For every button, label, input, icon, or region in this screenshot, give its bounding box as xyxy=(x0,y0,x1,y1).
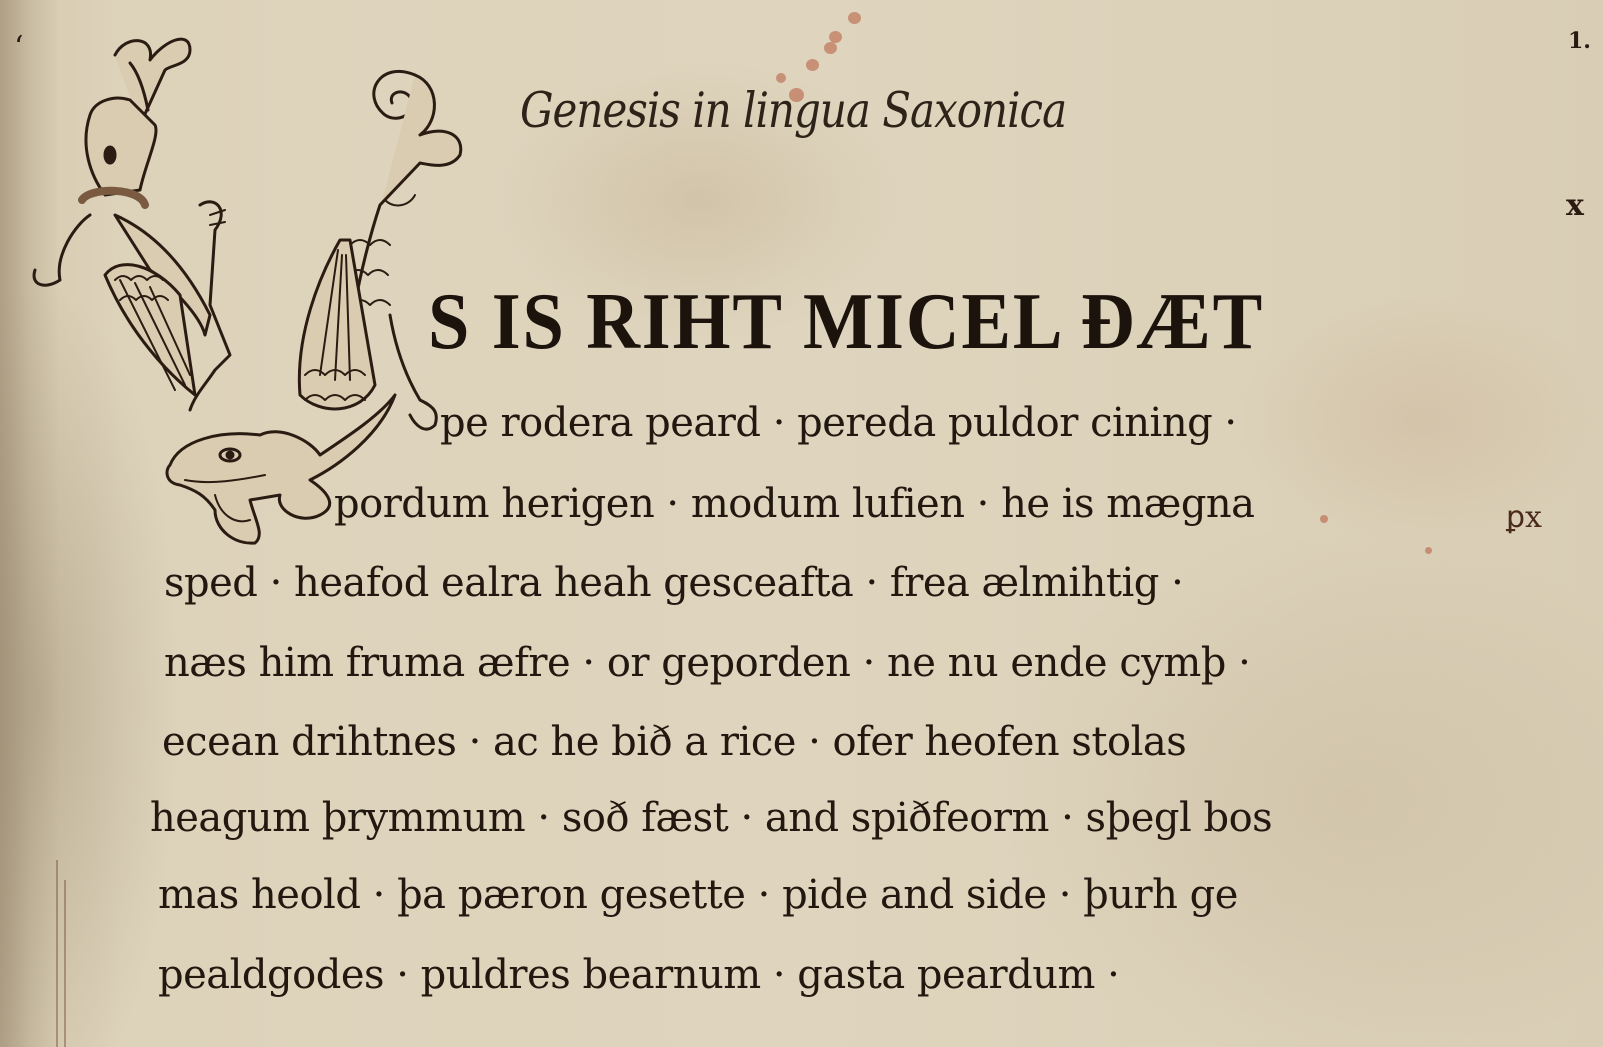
folio-number: 1. xyxy=(1568,28,1591,54)
red-ink-blot xyxy=(848,12,861,24)
manuscript-page: 1. x ꝑx ‘ Genesis in lingua Saxonica xyxy=(0,0,1603,1047)
red-ink-blot xyxy=(1320,515,1328,523)
red-ink-blot xyxy=(1425,547,1432,554)
ruling-line xyxy=(64,880,66,1047)
manuscript-heading: Genesis in lingua Saxonica xyxy=(520,82,1066,138)
text-line-8: pealdgodes · puldres bearnum · gasta pea… xyxy=(158,955,1119,995)
red-ink-blot xyxy=(824,42,837,54)
text-line-2: pordum herigen · modum lufien · he is mæ… xyxy=(334,484,1255,524)
zoomorphic-initial-icon xyxy=(20,15,470,545)
marginal-mark: x xyxy=(1566,188,1584,223)
incipit-capitals: S IS RIHT MICEL ÐÆT xyxy=(428,282,1264,362)
text-line-5: ecean drihtnes · ac he bið a rice · ofer… xyxy=(162,722,1186,762)
text-line-4: næs him fruma æfre · or geporden · ne nu… xyxy=(164,643,1250,683)
text-line-7: mas heold · þa pæron gesette · pide and … xyxy=(158,875,1238,915)
text-line-1: pe rodera peard · pereda puldor cining · xyxy=(440,403,1237,443)
ruling-line xyxy=(56,860,58,1047)
marginal-mark: ꝑx xyxy=(1506,500,1542,535)
text-line-6: heagum þrymmum · soð fæst · and spiðfeor… xyxy=(150,798,1272,838)
text-line-3: sped · heafod ealra heah gesceafta · fre… xyxy=(164,563,1183,603)
red-ink-blot xyxy=(806,59,819,71)
